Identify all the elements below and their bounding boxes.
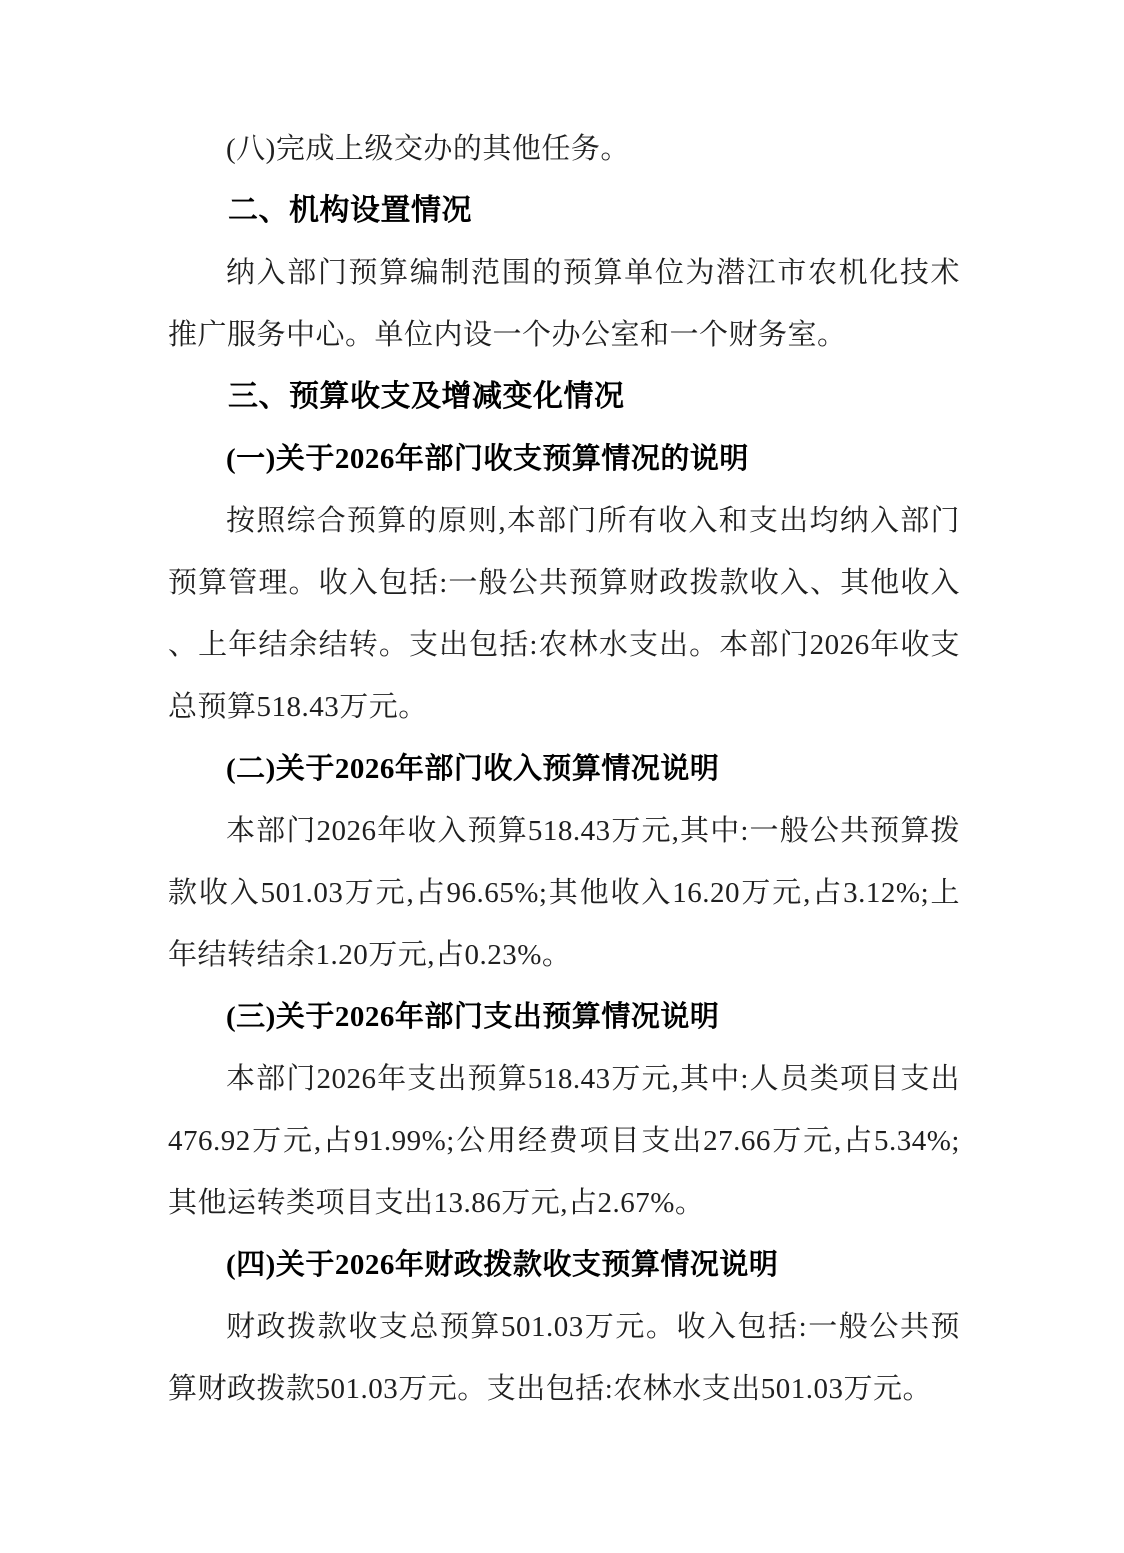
subsection-heading-4-fiscal-appropriation: (四)关于2026年财政拨款收支预算情况说明 [168, 1234, 960, 1296]
section-heading-2-org-setup: 二、机构设置情况 [168, 180, 960, 242]
paragraph-org-setup: 纳入部门预算编制范围的预算单位为潜江市农机化技术推广服务中心。单位内设一个办公室… [168, 242, 960, 366]
subsection-heading-3-expense-budget: (三)关于2026年部门支出预算情况说明 [168, 986, 960, 1048]
paragraph-fiscal-appropriation: 财政拨款收支总预算501.03万元。收入包括:一般公共预算财政拨款501.03万… [168, 1296, 960, 1420]
section-heading-3-budget-changes: 三、预算收支及增减变化情况 [168, 366, 960, 428]
paragraph-income-budget: 本部门2026年收入预算518.43万元,其中:一般公共预算拨款收入501.03… [168, 800, 960, 986]
paragraph-other-tasks: (八)完成上级交办的其他任务。 [168, 118, 960, 180]
document-body: (八)完成上级交办的其他任务。 二、机构设置情况 纳入部门预算编制范围的预算单位… [168, 118, 960, 1420]
subsection-heading-1-income-expense-overview: (一)关于2026年部门收支预算情况的说明 [168, 428, 960, 490]
paragraph-expense-budget: 本部门2026年支出预算518.43万元,其中:人员类项目支出476.92万元,… [168, 1048, 960, 1234]
subsection-heading-2-income-budget: (二)关于2026年部门收入预算情况说明 [168, 738, 960, 800]
paragraph-income-expense-overview: 按照综合预算的原则,本部门所有收入和支出均纳入部门预算管理。收入包括:一般公共预… [168, 490, 960, 738]
document-page: (八)完成上级交办的其他任务。 二、机构设置情况 纳入部门预算编制范围的预算单位… [0, 0, 1124, 1553]
